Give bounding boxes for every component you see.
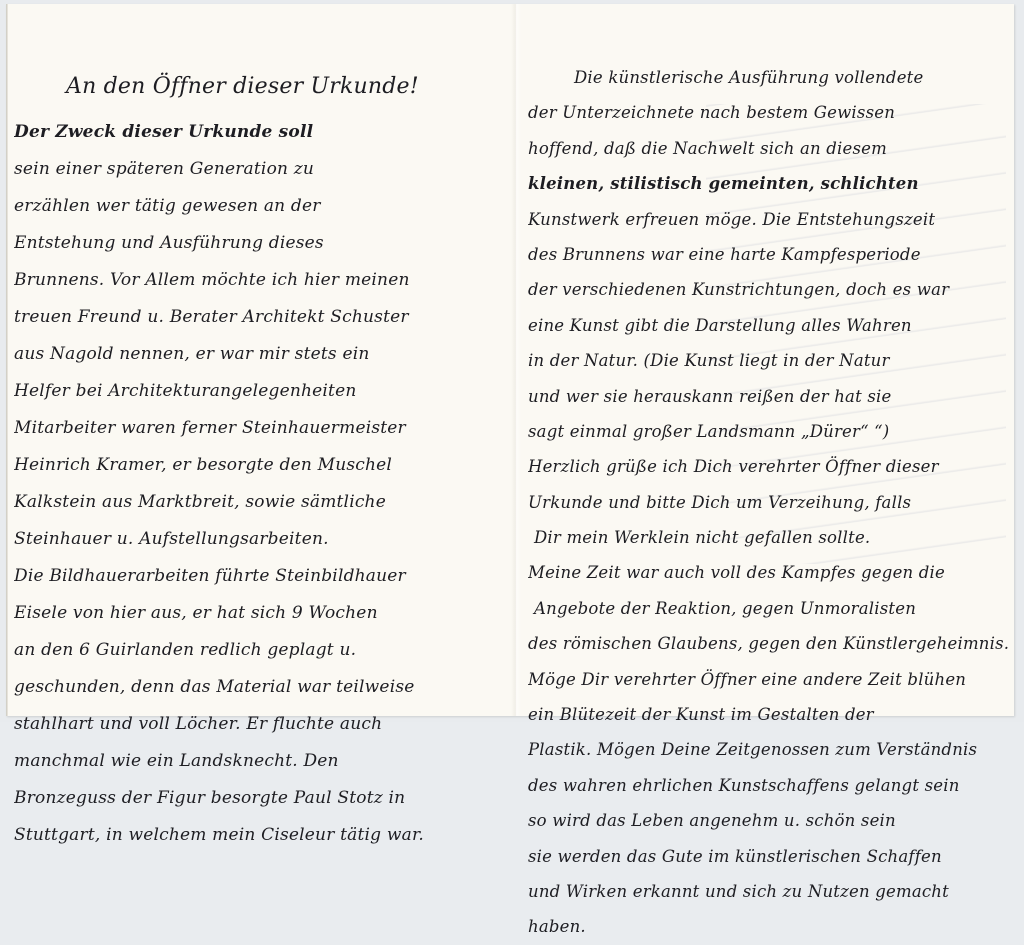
text-line: hoffend, daß die Nachwelt sich an diesem: [528, 131, 1016, 166]
right-column: Die künstlerische Ausführung vollendete …: [528, 60, 1016, 722]
text-line: Möge Dir verehrter Öffner eine andere Ze…: [528, 662, 1016, 697]
text-line: Die Bildhauerarbeiten führte Steinbildha…: [14, 558, 504, 595]
text-line: Die künstlerische Ausführung vollendete: [528, 60, 1016, 95]
text-line: eine Kunst gibt die Darstellung alles Wa…: [528, 308, 1016, 343]
text-line: Brunnens. Vor Allem möchte ich hier mein…: [14, 262, 504, 299]
text-line: des Brunnens war eine harte Kampfesperio…: [528, 237, 1016, 272]
text-line: Steinhauer u. Aufstellungsarbeiten.: [14, 521, 504, 558]
text-line: Der Zweck dieser Urkunde soll: [14, 114, 504, 151]
text-line: stahlhart und voll Löcher. Er fluchte au…: [14, 706, 504, 722]
text-line: in der Natur. (Die Kunst liegt in der Na…: [528, 343, 1016, 378]
text-line: sagt einmal großer Landsmann „Dürer“ “): [528, 414, 1016, 449]
text-line: Meine Zeit war auch voll des Kampfes geg…: [528, 555, 1016, 590]
text-line: Kunstwerk erfreuen möge. Die Entstehungs…: [528, 202, 1016, 237]
letter-title: An den Öffner dieser Urkunde!: [14, 72, 504, 102]
text-line: kleinen, stilistisch gemeinten, schlicht…: [528, 166, 1016, 201]
text-line: Dir mein Werklein nicht gefallen sollte.: [528, 520, 1016, 555]
text-line: Entstehung und Ausführung dieses: [14, 225, 504, 262]
text-line: Kalkstein aus Marktbreit, sowie sämtlich…: [14, 484, 504, 521]
text-line: Eisele von hier aus, er hat sich 9 Woche…: [14, 595, 504, 632]
text-line: aus Nagold nennen, er war mir stets ein: [14, 336, 504, 373]
text-line: Angebote der Reaktion, gegen Unmoraliste…: [528, 591, 1016, 626]
text-line: Helfer bei Architekturangelegenheiten: [14, 373, 504, 410]
text-line: ein Blütezeit der Kunst im Gestalten der: [528, 697, 1016, 722]
text-line: der verschiedenen Kunstrichtungen, doch …: [528, 272, 1016, 307]
text-line: und wer sie herauskann reißen der hat si…: [528, 379, 1016, 414]
text-line: des römischen Glaubens, gegen den Künstl…: [528, 626, 1016, 661]
text-line: geschunden, denn das Material war teilwe…: [14, 669, 504, 706]
scan-background: An den Öffner dieser Urkunde! Der Zweck …: [0, 0, 1024, 722]
text-line: der Unterzeichnete nach bestem Gewissen: [528, 95, 1016, 130]
text-line: Herzlich grüße ich Dich verehrter Öffner…: [528, 449, 1016, 484]
left-column: An den Öffner dieser Urkunde! Der Zweck …: [14, 72, 504, 722]
text-line: Mitarbeiter waren ferner Steinhauermeist…: [14, 410, 504, 447]
text-line: treuen Freund u. Berater Architekt Schus…: [14, 299, 504, 336]
text-line: Heinrich Kramer, er besorgte den Muschel: [14, 447, 504, 484]
text-line: Urkunde und bitte Dich um Verzeihung, fa…: [528, 485, 1016, 520]
text-line: erzählen wer tätig gewesen an der: [14, 188, 504, 225]
paper-fold: [511, 4, 521, 716]
text-line: an den 6 Guirlanden redlich geplagt u.: [14, 632, 504, 669]
text-line: sein einer späteren Generation zu: [14, 151, 504, 188]
